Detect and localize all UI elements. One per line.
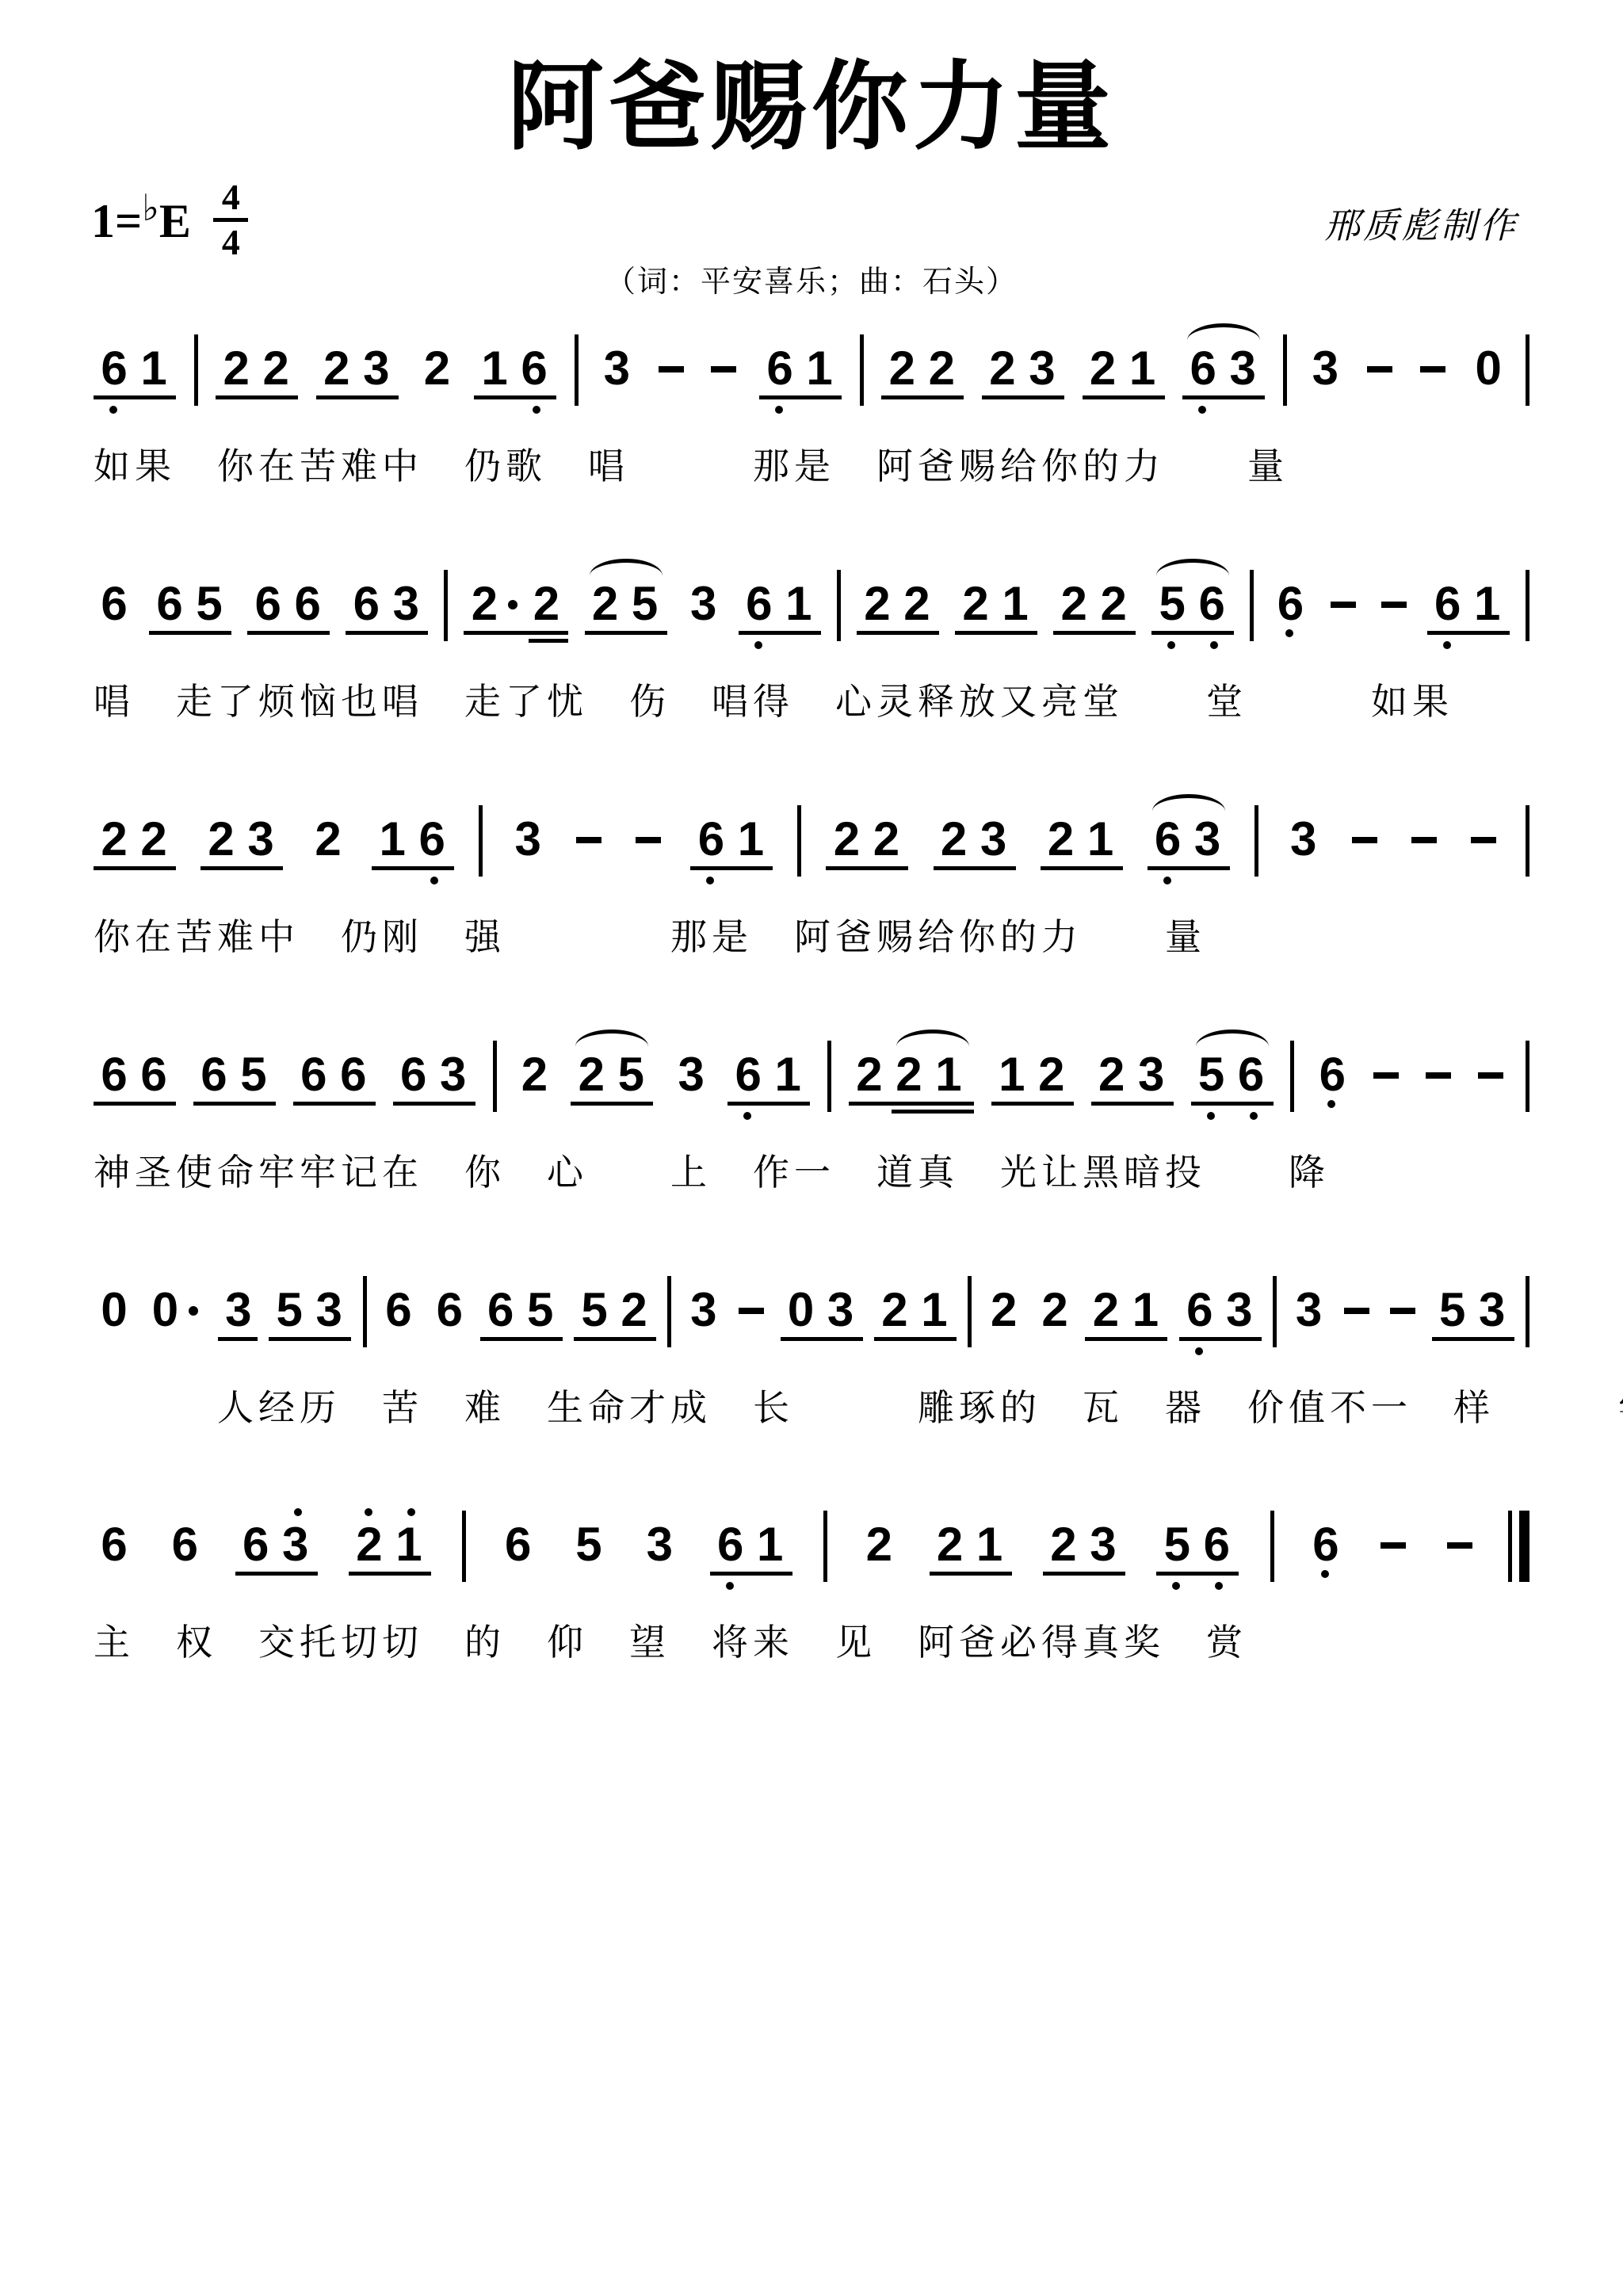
note: 6	[1312, 1052, 1351, 1098]
slur-arc	[575, 1030, 648, 1051]
note-group: 53	[1432, 1287, 1514, 1341]
note: 6	[1305, 1522, 1345, 1568]
octave-dot-low	[1195, 1347, 1203, 1355]
digit: 3	[1472, 1287, 1511, 1333]
note-digit: 2	[857, 581, 896, 627]
note-digit: 6	[393, 1052, 433, 1098]
digit: 6	[1312, 1052, 1351, 1098]
note-group: 3	[218, 1287, 258, 1341]
note-digit: 1	[991, 1052, 1031, 1098]
note-group: 23	[316, 346, 399, 399]
note-digit: 2	[888, 1052, 928, 1098]
note-group: 61	[727, 1052, 810, 1106]
digit: 3	[639, 1522, 678, 1568]
digit: 5	[520, 1287, 559, 1333]
digit: 0	[1468, 346, 1507, 392]
digit: 2	[1085, 1287, 1125, 1333]
barline	[1290, 1041, 1294, 1112]
dash-mark	[1381, 602, 1407, 608]
note-digit: 5	[520, 1287, 559, 1333]
digit: 3	[1289, 1287, 1328, 1333]
note-digit: 2	[858, 1522, 898, 1568]
note-digit: 6	[759, 346, 799, 392]
digit: 2	[888, 1052, 928, 1098]
note-digit: 6	[1312, 1052, 1351, 1098]
note-digit: 5	[269, 1287, 308, 1333]
note-group: 63	[235, 1522, 318, 1576]
lyrics-row: 神圣使命牢牢记在 你 心 上 作一 道真 光让黑暗投 降	[94, 1152, 1623, 1194]
lyrics-row: 你在苦难中 仍刚 强 那是 阿爸赐给你的力 量	[94, 916, 1623, 958]
digit: 6	[1231, 1052, 1270, 1098]
digit: 2	[416, 346, 456, 392]
digit: 6	[164, 1522, 204, 1568]
dash	[1407, 816, 1442, 862]
note-group: 22	[826, 816, 908, 870]
note-group: 221	[849, 1052, 974, 1106]
digit: 3	[1131, 1052, 1170, 1098]
digit: 1	[730, 816, 769, 862]
note-group: 21	[1041, 816, 1123, 870]
dash-mark	[1471, 837, 1496, 843]
note-digit: 2	[255, 346, 295, 392]
note: 2	[514, 1052, 553, 1098]
note-group: 61	[1427, 581, 1510, 635]
note-digit: 1	[750, 1522, 789, 1568]
digit: 5	[624, 581, 664, 627]
note-digit: 6	[94, 346, 133, 392]
barline	[1526, 570, 1529, 641]
note-digit: 0	[781, 1287, 820, 1333]
note-digit: 2	[514, 1052, 553, 1098]
note-group: 65	[480, 1287, 563, 1341]
digit: 1	[799, 346, 838, 392]
octave-dot-low	[1327, 1100, 1335, 1108]
dash	[631, 816, 666, 862]
dash	[1466, 816, 1501, 862]
note-group: 61	[94, 346, 176, 399]
octave-dot-high	[407, 1508, 415, 1516]
note-digit: 5	[233, 1052, 273, 1098]
octave-dot-low	[1285, 629, 1293, 637]
octave-dot-low	[706, 877, 714, 884]
digit: 3	[240, 816, 280, 862]
note: 0	[94, 1287, 133, 1333]
note-group: 61	[690, 816, 773, 870]
octave-dot-low	[743, 1112, 751, 1120]
note-digit: 3	[356, 346, 395, 392]
note-digit: 3	[639, 1522, 678, 1568]
octave-dot-low	[430, 877, 438, 884]
digit: 1	[995, 581, 1034, 627]
digit: 2	[983, 1287, 1023, 1333]
digit: 0	[94, 1287, 133, 1333]
lyrics-row: 主 权 交托切切 的 仰 望 将来 见 阿爸必得真奖 赏	[94, 1622, 1623, 1664]
digit: 6	[94, 346, 133, 392]
note-digit: 1	[474, 346, 514, 392]
dash-mark	[1367, 366, 1392, 372]
dash-mark	[1352, 837, 1377, 843]
barline	[797, 805, 801, 877]
note-digit: 2	[1031, 1052, 1071, 1098]
digit: 1	[969, 1522, 1009, 1568]
digit: 2	[955, 581, 995, 627]
note-digit: 3	[1222, 346, 1262, 392]
note-group: 56	[1156, 1522, 1239, 1576]
note-group: 65	[193, 1052, 276, 1106]
digit: 1	[1080, 816, 1120, 862]
note: 0	[144, 1287, 206, 1333]
digit: 3	[218, 1287, 258, 1333]
note-digit: 3	[240, 816, 280, 862]
digit: 2	[826, 816, 865, 862]
augmentation-dot	[189, 1306, 198, 1316]
digit: 5	[269, 1287, 308, 1333]
note-group: 23	[982, 346, 1064, 399]
digit: 2	[613, 1287, 653, 1333]
digit: 2	[1043, 1522, 1083, 1568]
note-digit: 3	[683, 581, 723, 627]
dash-mark	[659, 366, 684, 372]
digit: 2	[571, 1052, 610, 1098]
slur-arc	[1196, 1030, 1269, 1051]
note-group: 52	[574, 1287, 656, 1341]
digit: 6	[1270, 581, 1309, 627]
barline	[1526, 334, 1529, 406]
note-digit: 1	[133, 346, 173, 392]
note-group: 03	[781, 1287, 863, 1341]
slur-arc	[1187, 323, 1260, 345]
note-digit: 3	[1289, 1287, 1328, 1333]
note-digit: 1	[1467, 581, 1507, 627]
note: 6	[429, 1287, 468, 1333]
dash	[1369, 1052, 1403, 1098]
barline	[1283, 334, 1287, 406]
digit: 6	[193, 1052, 233, 1098]
note-digit: 3	[308, 1287, 348, 1333]
digit: 1	[1125, 1287, 1164, 1333]
digit: 2	[874, 1287, 914, 1333]
note-digit: 5	[1156, 1522, 1196, 1568]
notation-row: 666566632253612211223566	[94, 1052, 1529, 1125]
dash	[1415, 346, 1450, 392]
note: 2	[983, 1287, 1023, 1333]
note: 6	[498, 1522, 537, 1568]
slur-arc	[896, 1030, 969, 1051]
note-digit: 6	[94, 581, 133, 627]
digit: 3	[670, 1052, 710, 1098]
digit: 6	[1196, 1522, 1235, 1568]
note-digit: 6	[690, 816, 730, 862]
note-digit: 6	[727, 1052, 767, 1098]
subtitle: （词：平安喜乐；曲：石头）	[0, 257, 1623, 300]
digit: 2	[1053, 581, 1093, 627]
digit: 5	[568, 1522, 608, 1568]
digit: 2	[1083, 346, 1122, 392]
digit: 6	[149, 581, 189, 627]
dash-mark	[1478, 1072, 1503, 1079]
note-group: 63	[1182, 346, 1265, 399]
digit: 2	[1031, 1052, 1071, 1098]
note-digit: 5	[568, 1522, 608, 1568]
note-group: 66	[247, 581, 330, 635]
digit: 5	[610, 1052, 650, 1098]
digit: 3	[1222, 346, 1262, 392]
digit: 2	[307, 816, 347, 862]
digit: 2	[464, 581, 503, 627]
note-group: 63	[393, 1052, 475, 1106]
note-digit: 6	[498, 1522, 537, 1568]
dash-mark	[739, 1308, 764, 1314]
note-digit: 2	[983, 1287, 1023, 1333]
digit: 6	[133, 1052, 173, 1098]
note-digit: 1	[969, 1522, 1009, 1568]
dash	[1377, 581, 1411, 627]
dash-mark	[1344, 1308, 1369, 1314]
note-group: 21	[349, 1522, 431, 1576]
note-digit: 6	[193, 1052, 233, 1098]
digit: 3	[1022, 346, 1061, 392]
dash	[654, 346, 689, 392]
note-digit: 2	[1093, 581, 1132, 627]
note-group: 21	[955, 581, 1037, 635]
digit: 5	[574, 1287, 613, 1333]
time-signature: 4 4	[213, 179, 248, 261]
note: 6	[1270, 581, 1309, 627]
note-digit: 1	[914, 1287, 953, 1333]
time-signature-bottom: 4	[222, 224, 240, 261]
digit: 5	[1432, 1287, 1472, 1333]
barline	[837, 570, 841, 641]
note-digit: 1	[1122, 346, 1162, 392]
note-digit: 1	[388, 1522, 428, 1568]
note-digit: 3	[1304, 346, 1344, 392]
lyrics-row: 如果 你在苦难中 仍歌 唱 那是 阿爸赐给你的力 量	[94, 445, 1623, 487]
digit: 2	[255, 346, 295, 392]
note-group: 22	[1053, 581, 1136, 635]
note-digit: 2	[930, 1522, 969, 1568]
barline	[1526, 1276, 1529, 1347]
note-digit: 6	[293, 1052, 333, 1098]
note-digit: 1	[730, 816, 769, 862]
notation-row: 6122232163612223216330	[94, 346, 1529, 418]
octave-dot-high	[365, 1508, 372, 1516]
digit: 2	[316, 346, 356, 392]
note-group: 63	[1179, 1287, 1262, 1341]
digit: 2	[858, 1522, 898, 1568]
digit: 2	[133, 816, 173, 862]
note-digit: 2	[849, 1052, 888, 1098]
dash	[1385, 1287, 1420, 1333]
digit: 6	[393, 1052, 433, 1098]
digit: 3	[683, 581, 723, 627]
digit: 2	[1093, 581, 1132, 627]
note-digit: 5	[1191, 1052, 1231, 1098]
music-line: 2223216361222321633 你在苦难中 仍刚 强 那是 阿爸赐给你的…	[0, 816, 1623, 958]
slur-arc	[1152, 794, 1225, 816]
digit: 1	[991, 1052, 1031, 1098]
note-digit: 2	[982, 346, 1022, 392]
digit: 2	[849, 1052, 888, 1098]
digit: 1	[388, 1522, 428, 1568]
digit: 6	[235, 1522, 275, 1568]
digit: 6	[94, 581, 133, 627]
digit: 2	[934, 816, 973, 862]
digit: 6	[411, 816, 451, 862]
digit: 6	[1182, 346, 1222, 392]
slur-arc	[1156, 559, 1229, 580]
note: 2	[1034, 1287, 1074, 1333]
note-group: 56	[1191, 1052, 1274, 1106]
note-digit: 6	[1182, 346, 1222, 392]
note-digit: 6	[164, 1522, 204, 1568]
octave-dot-low	[1215, 1582, 1223, 1590]
note: 3	[683, 1287, 723, 1333]
note-group: 22	[216, 346, 298, 399]
note-group: 21	[1083, 346, 1165, 399]
note-digit: 6	[149, 581, 189, 627]
dash-mark	[1420, 366, 1445, 372]
time-signature-top: 4	[222, 179, 240, 216]
note-group: 23	[934, 816, 1016, 870]
dash	[1362, 346, 1397, 392]
note: 3	[1304, 346, 1344, 392]
digit: 1	[474, 346, 514, 392]
note-digit: 6	[429, 1287, 468, 1333]
barline	[1254, 805, 1258, 877]
note: 0	[1468, 346, 1507, 392]
digit: 3	[973, 816, 1013, 862]
dash	[1473, 1052, 1508, 1098]
dash-mark	[1331, 602, 1356, 608]
barline	[444, 570, 448, 641]
note-digit: 5	[1432, 1287, 1472, 1333]
note-digit: 3	[218, 1287, 258, 1333]
barline	[1526, 805, 1529, 877]
key-signature: 1=♭E 4 4	[91, 181, 248, 262]
note-digit: 6	[514, 346, 553, 392]
note-group: 25	[585, 581, 667, 635]
dash	[1376, 1522, 1411, 1568]
digit: 0	[144, 1287, 184, 1333]
digit: 3	[385, 581, 425, 627]
note-group: 22	[881, 346, 964, 399]
note-digit: 2	[865, 816, 905, 862]
sixteenth-beam	[529, 639, 568, 643]
note-digit: 6	[94, 1052, 133, 1098]
digit: 1	[1467, 581, 1507, 627]
digit: 6	[690, 816, 730, 862]
note-digit: 5	[610, 1052, 650, 1098]
digit: 5	[1156, 1522, 1196, 1568]
digit: 2	[982, 346, 1022, 392]
note-digit: 2	[1083, 346, 1122, 392]
digit: 3	[356, 346, 395, 392]
final-barline	[1508, 1511, 1529, 1582]
note-digit: 6	[1427, 581, 1467, 627]
digit: 2	[585, 581, 624, 627]
note-digit: 6	[247, 581, 287, 627]
digit: 6	[333, 1052, 372, 1098]
digit: 3	[596, 346, 636, 392]
barline	[1250, 570, 1254, 641]
note-group: 25	[571, 1052, 653, 1106]
note-digit: 1	[995, 581, 1034, 627]
note-digit: 2	[874, 1287, 914, 1333]
note-digit: 3	[1472, 1287, 1511, 1333]
note-digit: 3	[1083, 1522, 1122, 1568]
lyrics-row: 人经历 苦 难 生命才成 长 雕琢的 瓦 器 价值不一 样 学会	[94, 1387, 1623, 1429]
note-digit: 6	[378, 1287, 418, 1333]
key-note: E	[159, 195, 191, 247]
note: 2	[416, 346, 456, 392]
digit: 6	[514, 346, 553, 392]
digit: 3	[683, 1287, 723, 1333]
note-group: 16	[474, 346, 556, 399]
octave-dot-low	[1172, 1582, 1180, 1590]
song-title: 阿爸赐你力量	[0, 49, 1623, 165]
note: 3	[1283, 816, 1323, 862]
note-group: 61	[759, 346, 842, 399]
notation-row: 0035366655230321222163353	[94, 1287, 1529, 1360]
note-digit: 6	[94, 1522, 133, 1568]
note-digit: 3	[275, 1522, 315, 1568]
note-digit: 2	[216, 346, 255, 392]
digit: 6	[346, 581, 385, 627]
note-digit: 3	[1187, 816, 1227, 862]
note-digit: 2	[934, 816, 973, 862]
lyrics-row: 唱 走了烦恼也唱 走了忧 伤 唱得 心灵释放又亮堂 堂 如果	[94, 681, 1623, 723]
barline	[968, 1276, 972, 1347]
note-group: 66	[293, 1052, 376, 1106]
dash	[734, 1287, 769, 1333]
note-digit: 2	[1085, 1287, 1125, 1333]
digit: 6	[1148, 816, 1187, 862]
note: 2	[858, 1522, 898, 1568]
digit: 3	[1283, 816, 1323, 862]
note-digit: 2	[921, 346, 960, 392]
note-group: 66	[94, 1052, 176, 1106]
barline	[860, 334, 864, 406]
octave-dot-low	[1167, 641, 1175, 649]
octave-dot-low	[1210, 641, 1218, 649]
notation-row: 6663216536122123566	[94, 1522, 1529, 1595]
digit: 3	[1219, 1287, 1258, 1333]
octave-dot-low	[775, 406, 783, 414]
note-group: 61	[739, 581, 821, 635]
octave-dot-low	[726, 1582, 734, 1590]
digit: 1	[372, 816, 411, 862]
digit: 3	[507, 816, 547, 862]
digit: 6	[247, 581, 287, 627]
note-digit: 0	[94, 1287, 133, 1333]
note-digit: 6	[333, 1052, 372, 1098]
note-digit: 2	[416, 346, 456, 392]
digit: 6	[480, 1287, 520, 1333]
note-digit: 3	[1219, 1287, 1258, 1333]
note-group: 22	[464, 581, 568, 635]
note-digit: 1	[767, 1052, 807, 1098]
octave-dot-high	[294, 1508, 302, 1516]
note-digit: 2	[881, 346, 921, 392]
music-line: 666566632253612211223566 神圣使命牢牢记在 你 心 上 …	[0, 1052, 1623, 1194]
digit: 6	[710, 1522, 750, 1568]
note-digit: 3	[670, 1052, 710, 1098]
digit: 2	[525, 581, 565, 627]
note-digit: 6	[710, 1522, 750, 1568]
music-line: 6656663222536122212256661 唱 走了烦恼也唱 走了忧 伤…	[0, 581, 1623, 723]
note-group: 12	[991, 1052, 1074, 1106]
note-digit: 3	[820, 1287, 860, 1333]
